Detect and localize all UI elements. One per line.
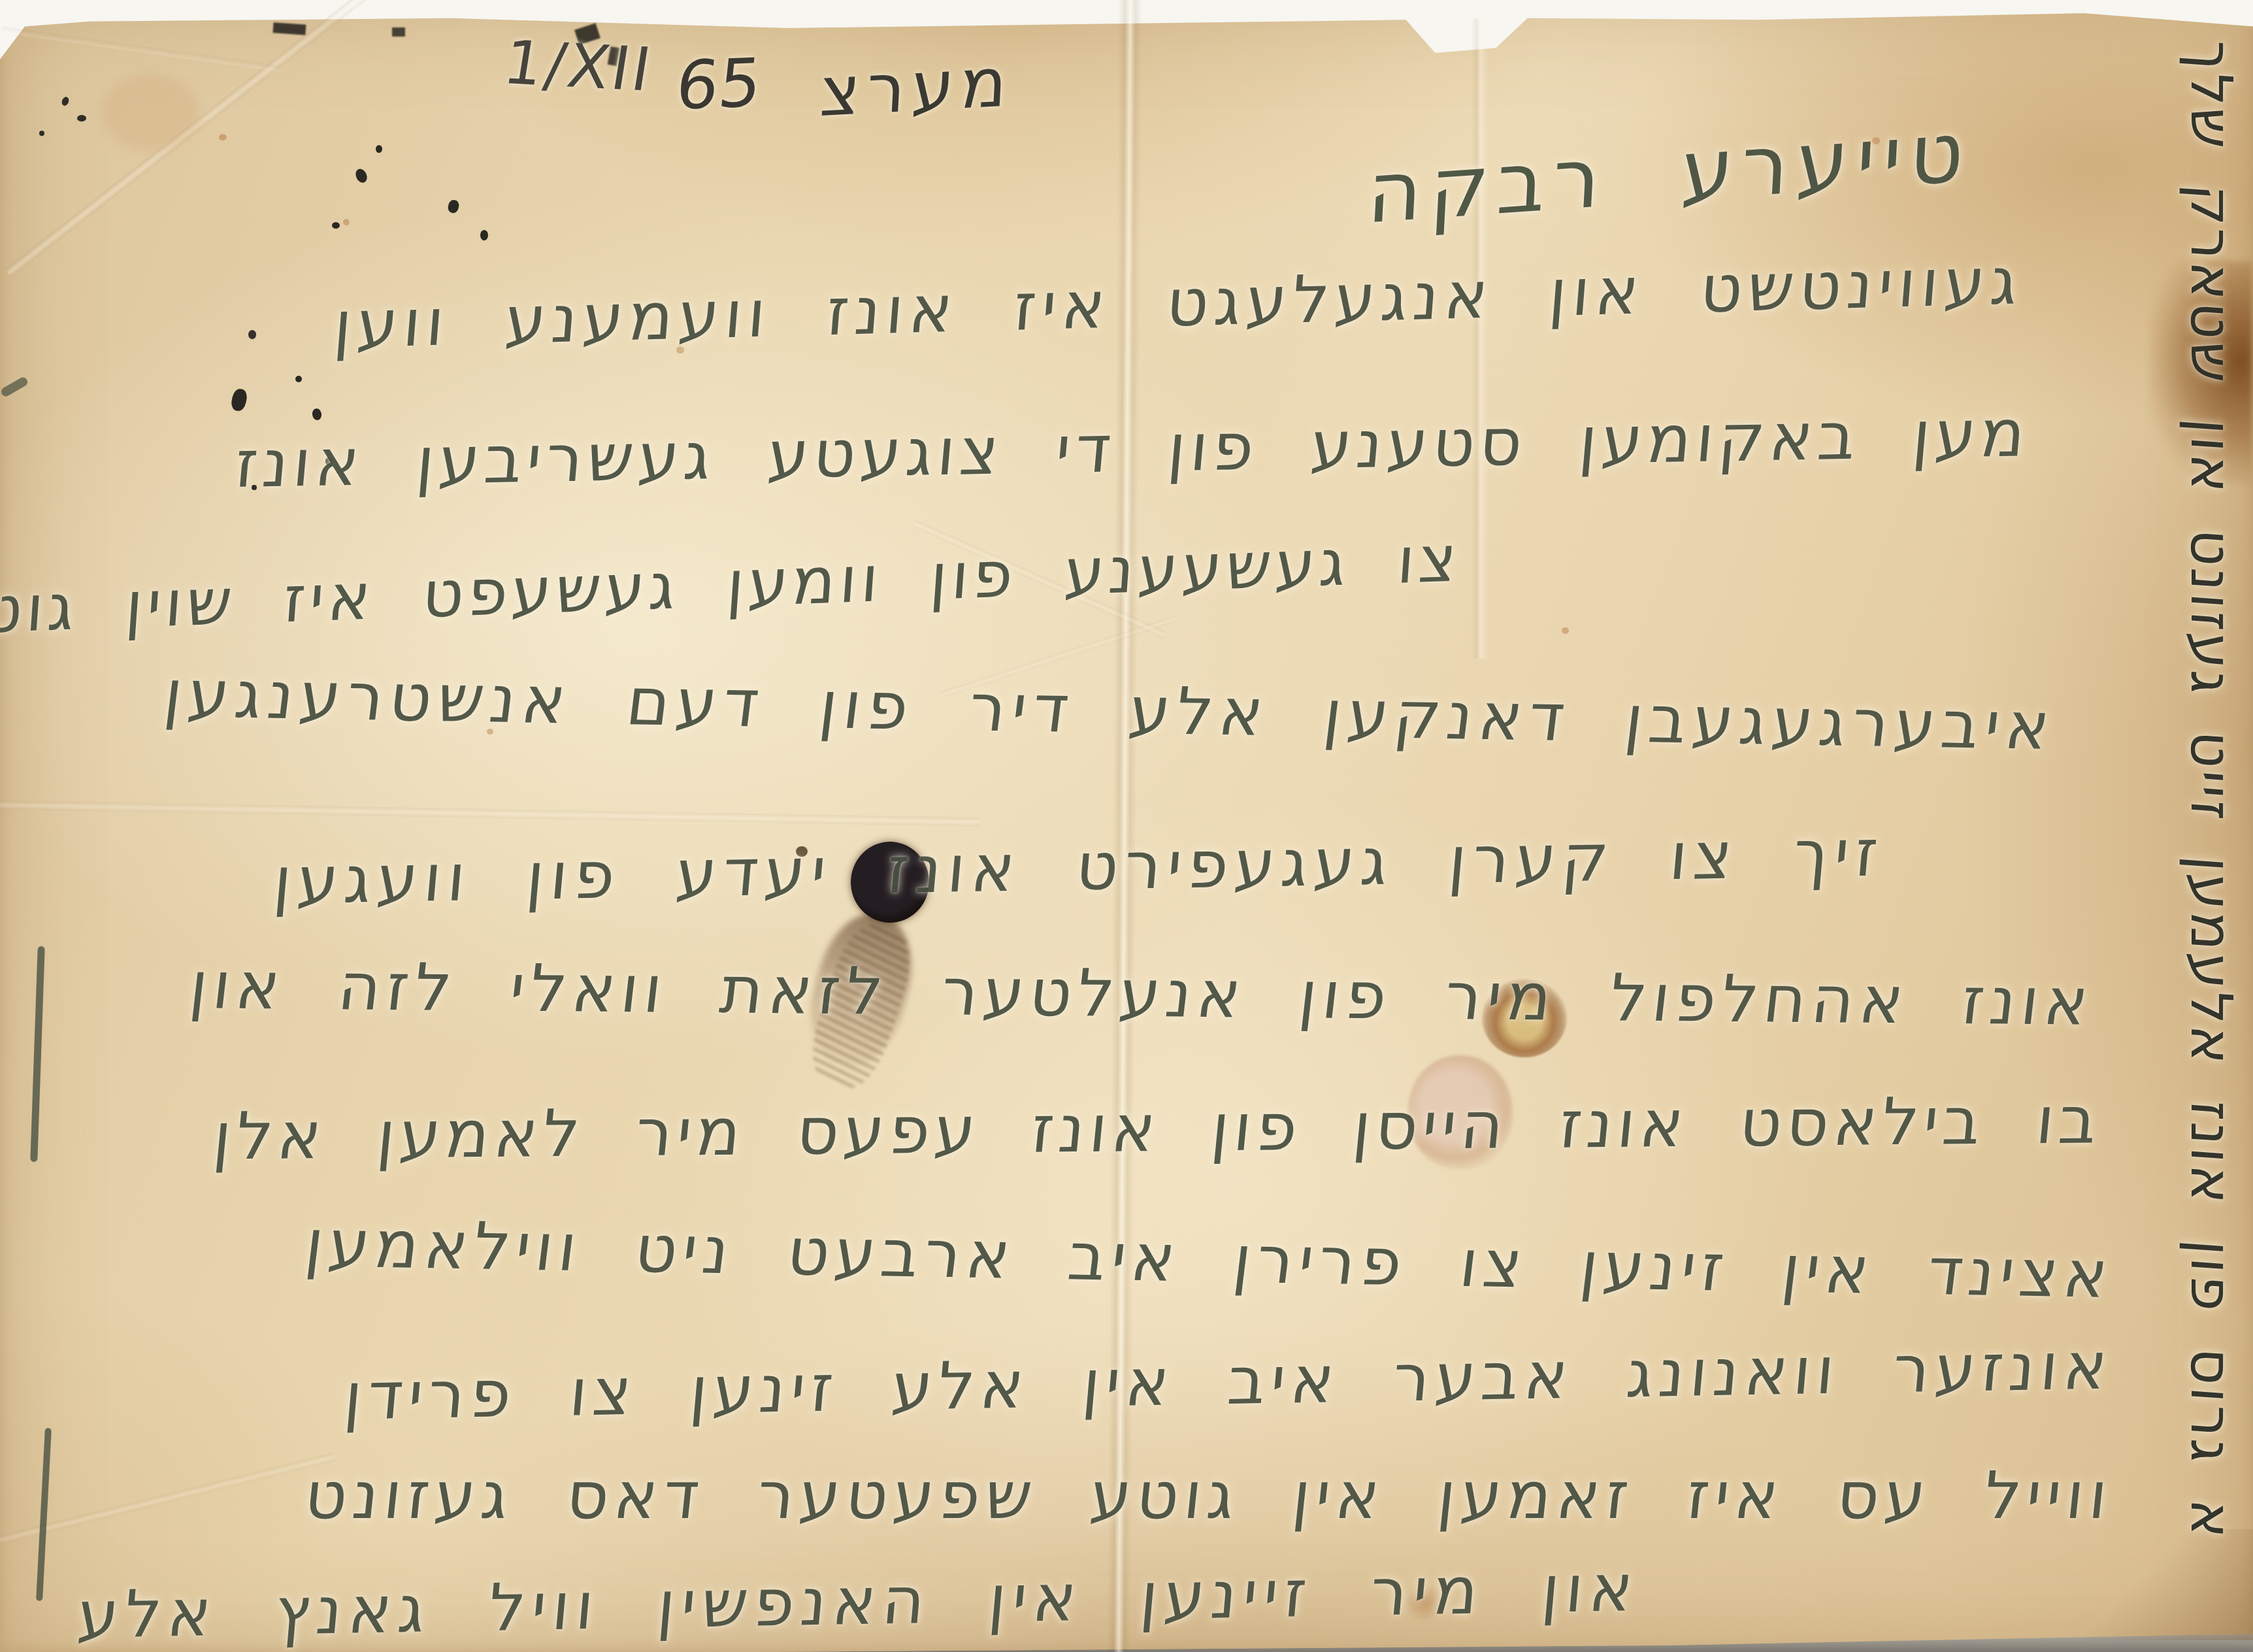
body-line-10: ווייל עס איז זאמען אין גוטע שפעטער דאס ג… bbox=[301, 1457, 2116, 1534]
date-month-annotation: מערצ bbox=[818, 42, 1015, 132]
ink-speck-8 bbox=[480, 230, 488, 240]
ink-speck-2 bbox=[77, 115, 86, 122]
scanned-letter: 1/XII 65 מערצ טייערע רבקה געווינטשט און … bbox=[0, 0, 2253, 1652]
freckle-1 bbox=[219, 134, 227, 140]
stain-blush-top-left bbox=[101, 75, 199, 150]
freckle-2 bbox=[343, 219, 350, 225]
vertical-crease-secondary bbox=[1472, 18, 1488, 659]
ink-speck-6 bbox=[332, 222, 340, 229]
freckle-4 bbox=[1562, 627, 1569, 634]
top-edge-smudge-1 bbox=[273, 22, 306, 35]
date-year-annotation: 65 bbox=[672, 44, 765, 125]
ink-speck-11 bbox=[295, 376, 302, 382]
ink-speck-3 bbox=[39, 131, 44, 136]
margin-note: א גרוס פון אונז אלעמען זייט געזונט און ש… bbox=[2154, 13, 2245, 1542]
top-edge-smudge-2 bbox=[392, 27, 405, 37]
ink-speck-5 bbox=[376, 145, 382, 153]
date-roman-annotation: 1/XII bbox=[499, 27, 658, 105]
ink-speck-9 bbox=[248, 330, 256, 339]
corner-bend-bottom-right bbox=[2070, 1529, 2253, 1640]
